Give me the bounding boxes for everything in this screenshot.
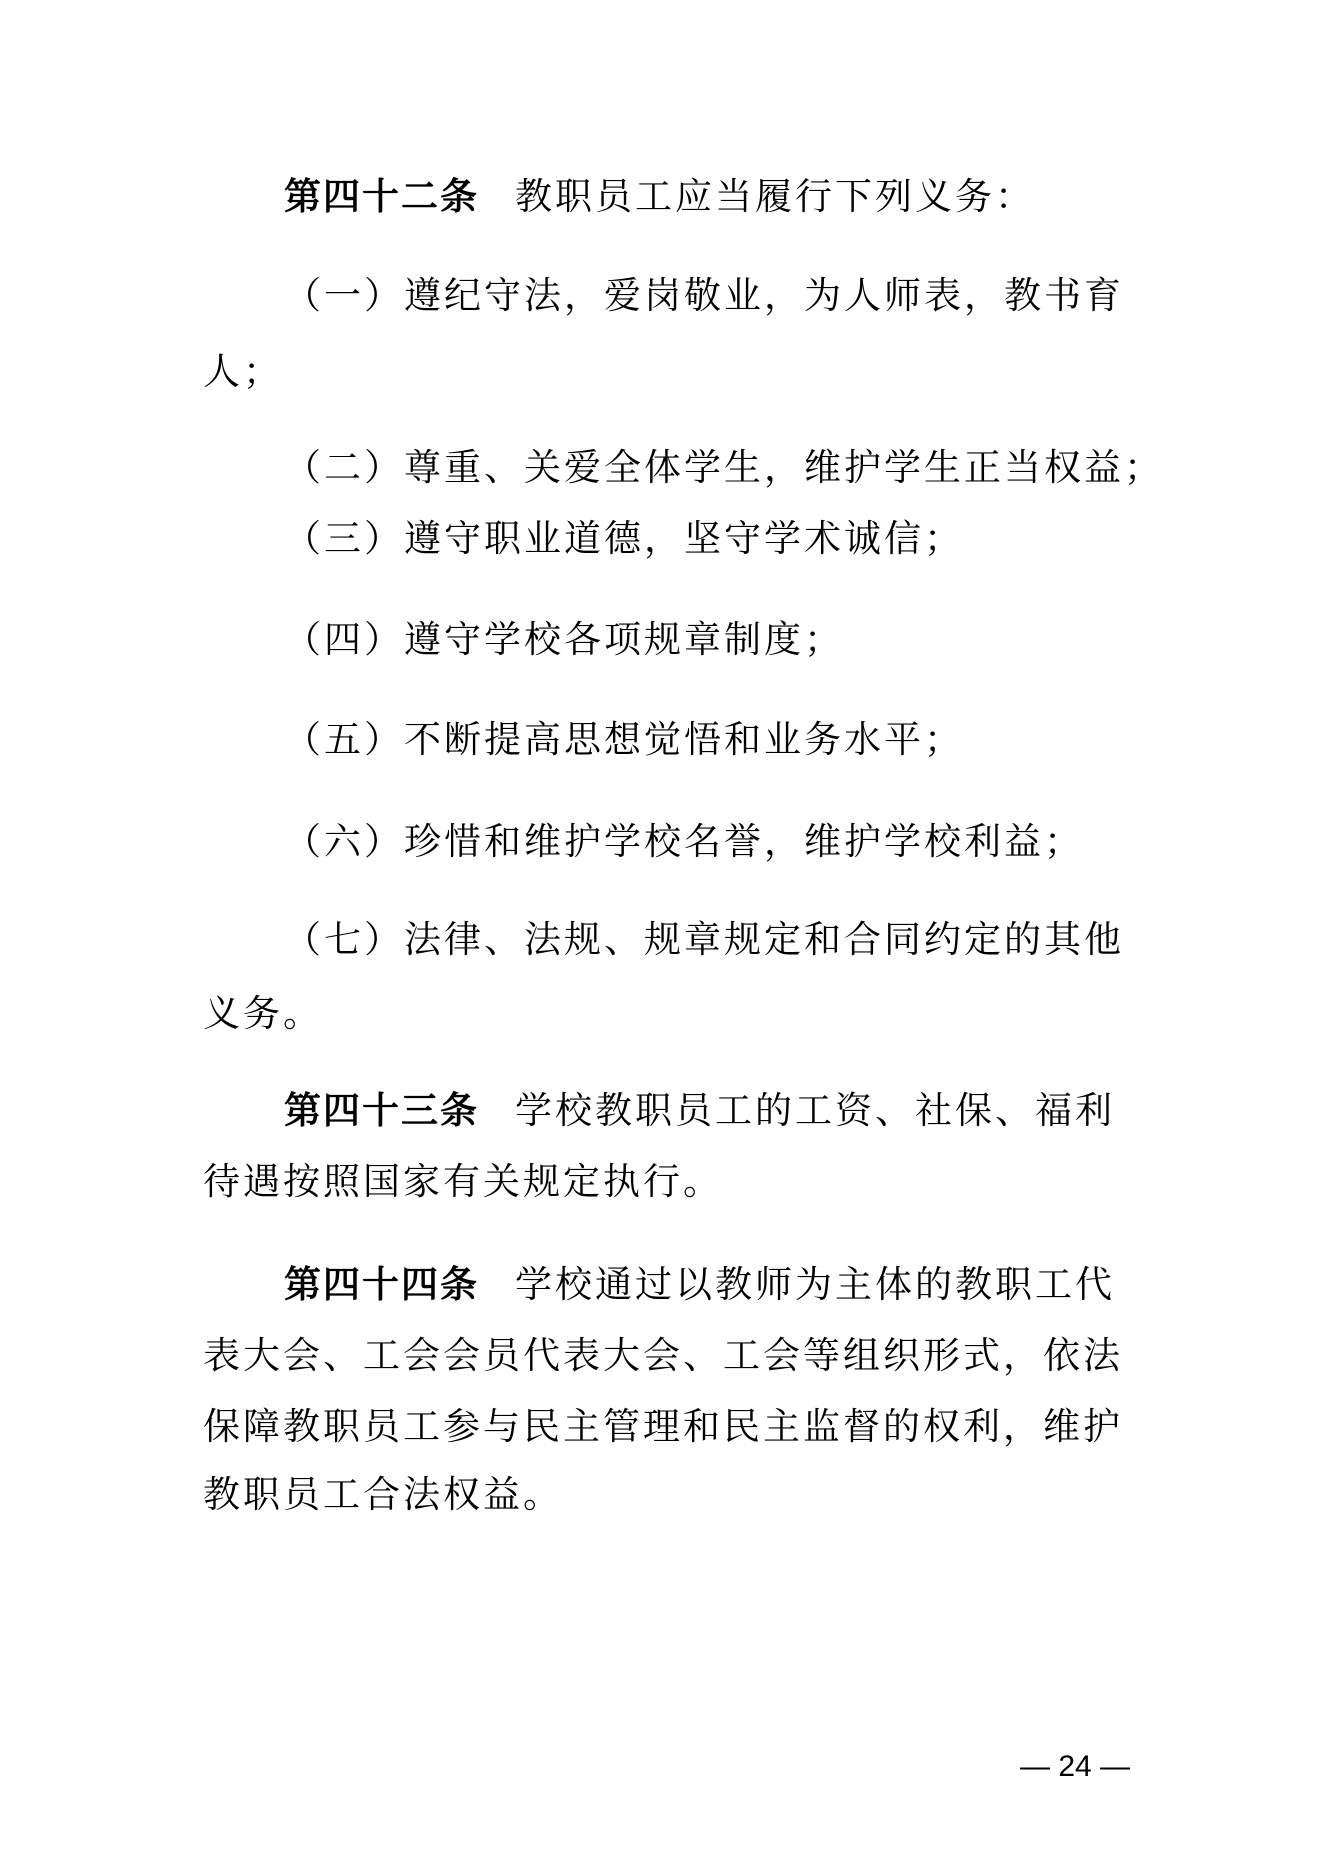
- article-42-item-6: （六）珍惜和维护学校名誉，维护学校利益；: [284, 820, 1224, 864]
- document-page: 第四十二条教职员工应当履行下列义务： （一）遵纪守法，爱岗敬业，为人师表，教书育…: [0, 0, 1323, 1871]
- article-43-text-2: 待遇按照国家有关规定执行。: [203, 1160, 1143, 1204]
- article-42-item-5: （五）不断提高思想觉悟和业务水平；: [284, 718, 1224, 762]
- article-42-text: 教职员工应当履行下列义务：: [515, 175, 1035, 218]
- article-44-first-line: 第四十四条学校通过以教师为主体的教职工代: [284, 1262, 1224, 1306]
- article-44-text-2: 表大会、工会会员代表大会、工会等组织形式，依法: [203, 1334, 1143, 1378]
- article-42-item-4: （四）遵守学校各项规章制度；: [284, 618, 1224, 662]
- article-44-heading: 第四十四条: [284, 1262, 479, 1306]
- page-number: — 24 —: [1020, 1750, 1130, 1784]
- article-43-first-line: 第四十三条学校教职员工的工资、社保、福利: [284, 1088, 1224, 1132]
- article-42-item-3: （三）遵守职业道德，坚守学术诚信；: [284, 517, 1224, 561]
- article-44-text-4: 教职员工合法权益。: [203, 1473, 1143, 1517]
- article-42-heading: 第四十二条: [284, 174, 479, 218]
- article-42-item-1-line-1: （一）遵纪守法，爱岗敬业，为人师表，教书育: [284, 274, 1224, 318]
- article-43-text-1: 学校教职员工的工资、社保、福利: [515, 1089, 1115, 1132]
- article-42-item-7-line-2: 义务。: [203, 992, 1143, 1036]
- article-43-heading: 第四十三条: [284, 1088, 479, 1132]
- article-42-item-2: （二）尊重、关爱全体学生，维护学生正当权益；: [284, 446, 1224, 490]
- article-44-text-3: 保障教职员工参与民主管理和民主监督的权利，维护: [203, 1405, 1143, 1449]
- article-44-text-1: 学校通过以教师为主体的教职工代: [515, 1263, 1115, 1306]
- article-42-item-7-line-1: （七）法律、法规、规章规定和合同约定的其他: [284, 918, 1224, 962]
- article-42-item-1-line-2: 人；: [203, 350, 1143, 394]
- article-42-first-line: 第四十二条教职员工应当履行下列义务：: [284, 174, 1224, 218]
